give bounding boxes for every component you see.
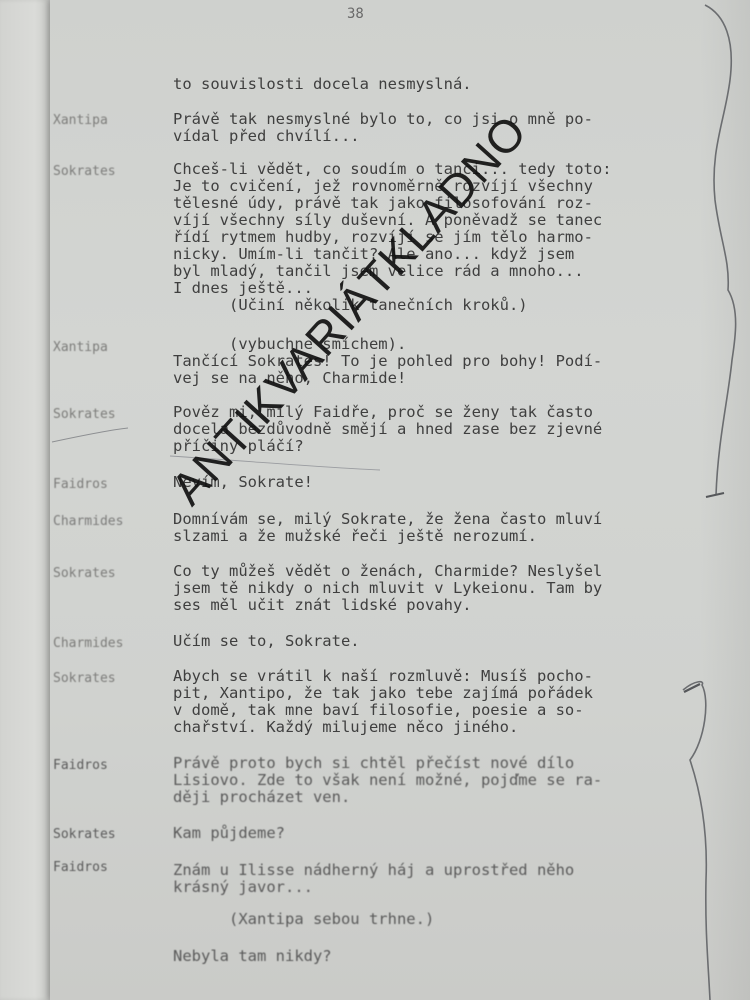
dialogue-line: ses měl učit znát lidské povahy. <box>173 597 472 614</box>
dialogue-line: v domě, tak mne baví filosofie, poesie a… <box>173 702 584 719</box>
speaker-name: Sokrates <box>53 827 116 842</box>
dialogue-line: I dnes ještě... <box>173 280 313 297</box>
photographed-manuscript: 38 to souvislosti docela nesmyslná. Xant… <box>0 0 750 1000</box>
dialogue-line: chařství. Každý milujeme něco jiného. <box>173 719 518 736</box>
speaker-name: Charmides <box>53 514 123 529</box>
dialogue-line: krásný javor... <box>173 879 313 896</box>
stage-direction: (Xantipa sebou trhne.) <box>173 911 434 928</box>
dialogue-line: jsem tě nikdy o nich mluvit v Lykeionu. … <box>173 580 602 597</box>
dialogue-line: Lisiovo. Zde to však není možné, pojďme … <box>173 772 602 789</box>
dialogue-line: Právě tak nesmyslné bylo to, co jsi o mn… <box>173 111 593 128</box>
dialogue-line: slzami a že mužské řeči ještě nerozumí. <box>173 528 537 545</box>
dialogue-line: Kam půjdeme? <box>173 825 285 842</box>
dialogue-line: Co ty můžeš vědět o ženách, Charmide? Ne… <box>173 563 602 580</box>
dialogue-line: tělesné údy, právě tak jako filosofování… <box>173 195 593 212</box>
speaker-name: Sokrates <box>53 164 116 179</box>
speaker-name: Faidros <box>53 860 108 875</box>
speaker-name: Sokrates <box>53 407 116 422</box>
dialogue-line: to souvislosti docela nesmyslná. <box>173 76 472 93</box>
speaker-name: Faidros <box>53 758 108 773</box>
dialogue-line: Nebyla tam nikdy? <box>173 948 332 965</box>
dialogue-line: Znám u Ilisse nádherný háj a uprostřed n… <box>173 862 574 879</box>
dialogue-line: pit, Xantipo, že tak jako tebe zajímá po… <box>173 685 593 702</box>
dialogue-line: Domnívám se, milý Sokrate, že žena často… <box>173 511 602 528</box>
speaker-name: Sokrates <box>53 566 116 581</box>
dialogue-line: Chceš-li vědět, co soudím o tanci... ted… <box>173 161 612 178</box>
adjacent-page-edge <box>0 0 50 1000</box>
speaker-name: Xantipa <box>53 113 108 128</box>
dialogue-line: ději procházet ven. <box>173 789 350 806</box>
dialogue-line: vídal před chvílí... <box>173 128 360 145</box>
dialogue-line: Učím se to, Sokrate. <box>173 633 360 650</box>
speaker-name: Sokrates <box>53 671 116 686</box>
dialogue-line: Právě proto bych si chtěl přečíst nové d… <box>173 755 574 772</box>
dialogue-line: Abych se vrátil k naší rozmluvě: Musíš p… <box>173 668 593 685</box>
dialogue-line: Tančící Sokrates! To je pohled pro bohy!… <box>173 353 602 370</box>
speaker-name: Xantipa <box>53 340 108 355</box>
typewritten-page <box>50 0 750 1000</box>
dialogue-line: Je to cvičení, jež rovnoměrně rozvíjí vš… <box>173 178 593 195</box>
page-number: 38 <box>347 6 364 22</box>
speaker-name: Charmides <box>53 636 123 651</box>
speaker-name: Faidros <box>53 477 108 492</box>
